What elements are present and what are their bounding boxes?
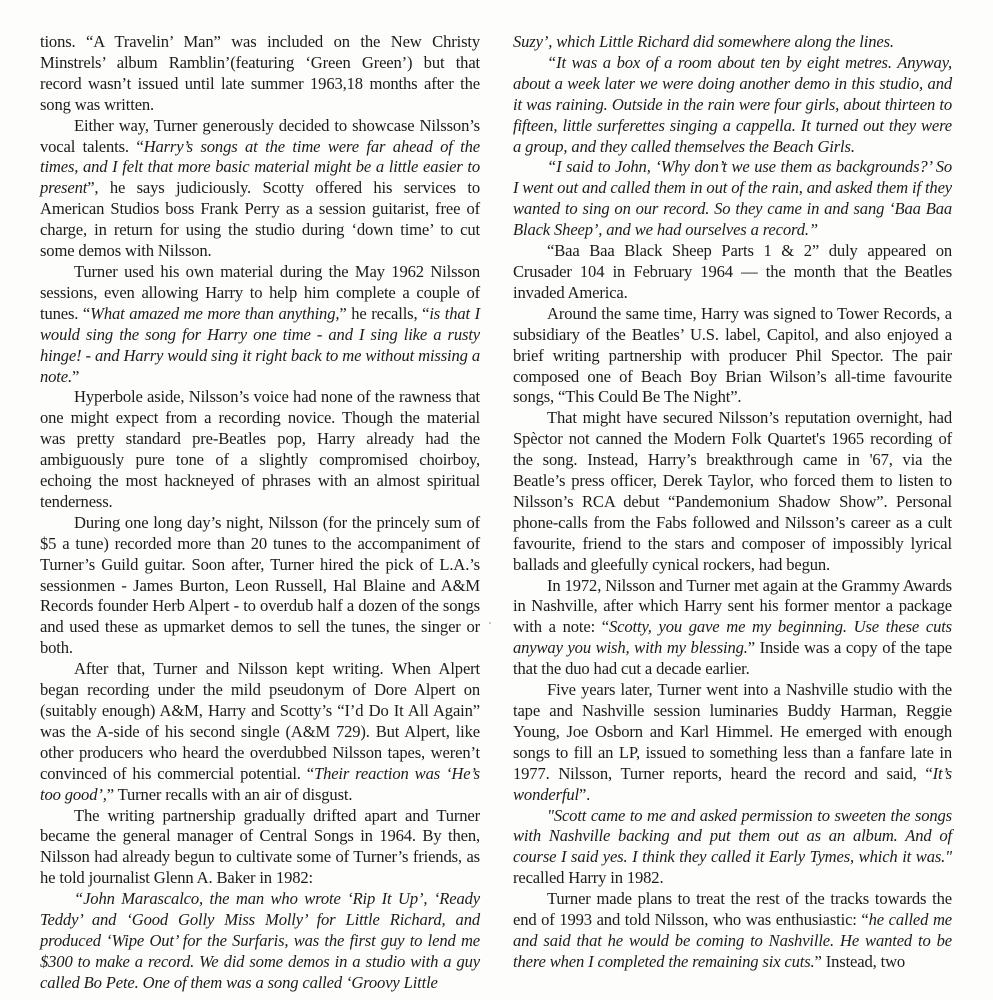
paragraph: During one long day’s night, Nilsson (fo… bbox=[40, 513, 480, 659]
paragraph: Turner made plans to treat the rest of t… bbox=[513, 889, 952, 973]
paragraph: Either way, Turner generously decided to… bbox=[40, 116, 480, 262]
paragraph: Turner used his own material during the … bbox=[40, 262, 480, 387]
left-text-column: tions. “A Travelin’ Man” was included on… bbox=[40, 32, 480, 994]
paragraph: After that, Turner and Nilsson kept writ… bbox=[40, 659, 480, 805]
paragraph: Hyperbole aside, Nilsson’s voice had non… bbox=[40, 387, 480, 512]
paragraph: The writing partnership gradually drifte… bbox=[40, 806, 480, 890]
paragraph: “It was a box of a room about ten by eig… bbox=[513, 53, 952, 158]
paragraph: tions. “A Travelin’ Man” was included on… bbox=[40, 32, 480, 116]
paragraph: Around the same time, Harry was signed t… bbox=[513, 304, 952, 409]
quote: “It was a box of a room about ten by eig… bbox=[513, 53, 952, 156]
document-page: tions. “A Travelin’ Man” was included on… bbox=[0, 0, 993, 1000]
quote: What amazed me more than anything, bbox=[90, 304, 339, 323]
paragraph: Five years later, Turner went into a Nas… bbox=[513, 680, 952, 805]
paragraph: “John Marascalco, the man who wrote ‘Rip… bbox=[40, 889, 480, 994]
paragraph: That might have secured Nilsson’s reputa… bbox=[513, 408, 952, 575]
quote: Suzy’, which Little Richard did somewher… bbox=[513, 32, 894, 51]
right-text-column: Suzy’, which Little Richard did somewher… bbox=[513, 32, 952, 973]
print-speck bbox=[489, 622, 491, 624]
paragraph: "Scott came to me and asked permission t… bbox=[513, 806, 952, 890]
quote: "Scott came to me and asked permission t… bbox=[513, 806, 952, 867]
quote: “John Marascalco, the man who wrote ‘Rip… bbox=[40, 889, 480, 992]
quote: “I said to John, ‘Why don’t we use them … bbox=[513, 157, 952, 239]
paragraph: “I said to John, ‘Why don’t we use them … bbox=[513, 157, 952, 241]
paragraph: In 1972, Nilsson and Turner met again at… bbox=[513, 576, 952, 681]
paragraph: Suzy’, which Little Richard did somewher… bbox=[513, 32, 952, 53]
paragraph: “Baa Baa Black Sheep Parts 1 & 2” duly a… bbox=[513, 241, 952, 304]
